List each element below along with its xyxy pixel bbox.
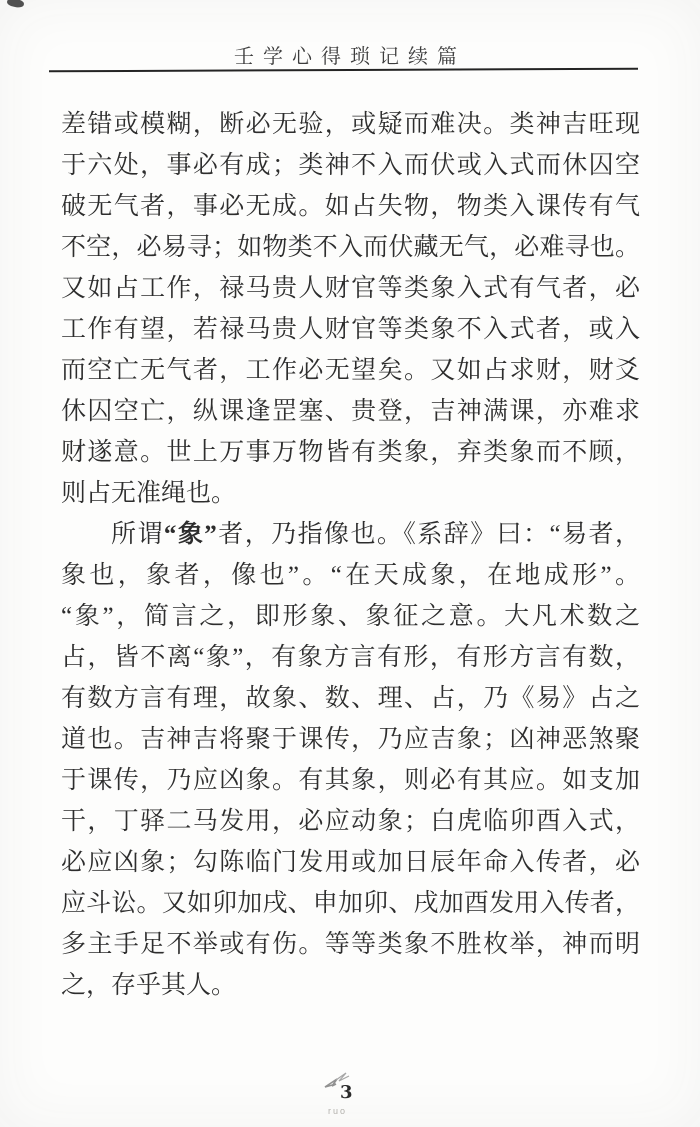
text-line: 占，皆不离“象”，有象方言有形，有形方言有数， xyxy=(61,637,640,678)
text-line: 象也，象者，像也”。“在天成象，在地成形”。 xyxy=(61,555,640,596)
text-line: 于课传，乃应凶象。有其象，则必有其应。如支加 xyxy=(61,760,640,801)
page-number: 3 xyxy=(340,1082,353,1103)
text-line: 工作有望，若禄马贵人财官等类象不入式者，或入 xyxy=(61,309,640,350)
body-text-block: 差错或模糊，断必无验，或疑而难决。类神吉旺现 于六处，事必有成；类神不入而伏或入… xyxy=(61,104,640,1006)
bold-text-segment: “象” xyxy=(164,521,217,548)
scan-smudge-artifact xyxy=(6,0,24,8)
text-line: 多主手足不举或有伤。等等类象不胜枚举，神而明 xyxy=(61,924,640,965)
page-header-title: 壬学心得琐记续篇 xyxy=(0,40,700,69)
text-line: 应斗讼。又如卯加戌、申加卯、戌加酉发用入传者， xyxy=(61,883,640,924)
text-line: 休囚空亡，纵课逢罡塞、贵登，吉神满课，亦难求 xyxy=(61,391,640,432)
text-line: 于六处，事必有成；类神不入而伏或入式而休囚空 xyxy=(61,145,640,186)
text-line-paragraph-start: 所谓“象”者，乃指像也。《系辞》曰：“易者， xyxy=(61,514,640,555)
scanned-page: 壬学心得琐记续篇 差错或模糊，断必无验，或疑而难决。类神吉旺现 于六处，事必有成… xyxy=(0,0,700,1127)
text-line: 必应凶象；勾陈临门发用或加日辰年命入传者，必 xyxy=(61,842,640,883)
text-line: 干，丁驿二马发用，必应动象；白虎临卯酉入式， xyxy=(61,801,640,842)
watermark-text: ruo xyxy=(328,1106,347,1116)
text-line: 之，存乎其人。 xyxy=(61,965,640,1006)
text-line: 财遂意。世上万事万物皆有类象，弃类象而不顾， xyxy=(61,432,640,473)
text-line: 而空亡无气者，工作必无望矣。又如占求财，财爻 xyxy=(61,350,640,391)
text-segment: 所谓 xyxy=(111,521,164,548)
text-segment: 者，乃指像也。《系辞》曰：“易者， xyxy=(217,521,640,548)
text-line: 差错或模糊，断必无验，或疑而难决。类神吉旺现 xyxy=(61,104,640,145)
page-footer: 3 ruo xyxy=(316,1068,396,1124)
text-line: 则占无准绳也。 xyxy=(61,473,640,514)
text-line: 又如占工作，禄马贵人财官等类象入式有气者，必 xyxy=(61,268,640,309)
text-line: “象”，简言之，即形象、象征之意。大凡术数之 xyxy=(61,596,640,637)
text-line: 不空，必易寻；如物类不入而伏藏无气，必难寻也。 xyxy=(61,227,640,268)
text-line: 道也。吉神吉将聚于课传，乃应吉象；凶神恶煞聚 xyxy=(61,719,640,760)
text-line: 有数方言有理，故象、数、理、占，乃《易》占之 xyxy=(61,678,640,719)
text-line: 破无气者，事必无成。如占失物，物类入课传有气 xyxy=(61,186,640,227)
